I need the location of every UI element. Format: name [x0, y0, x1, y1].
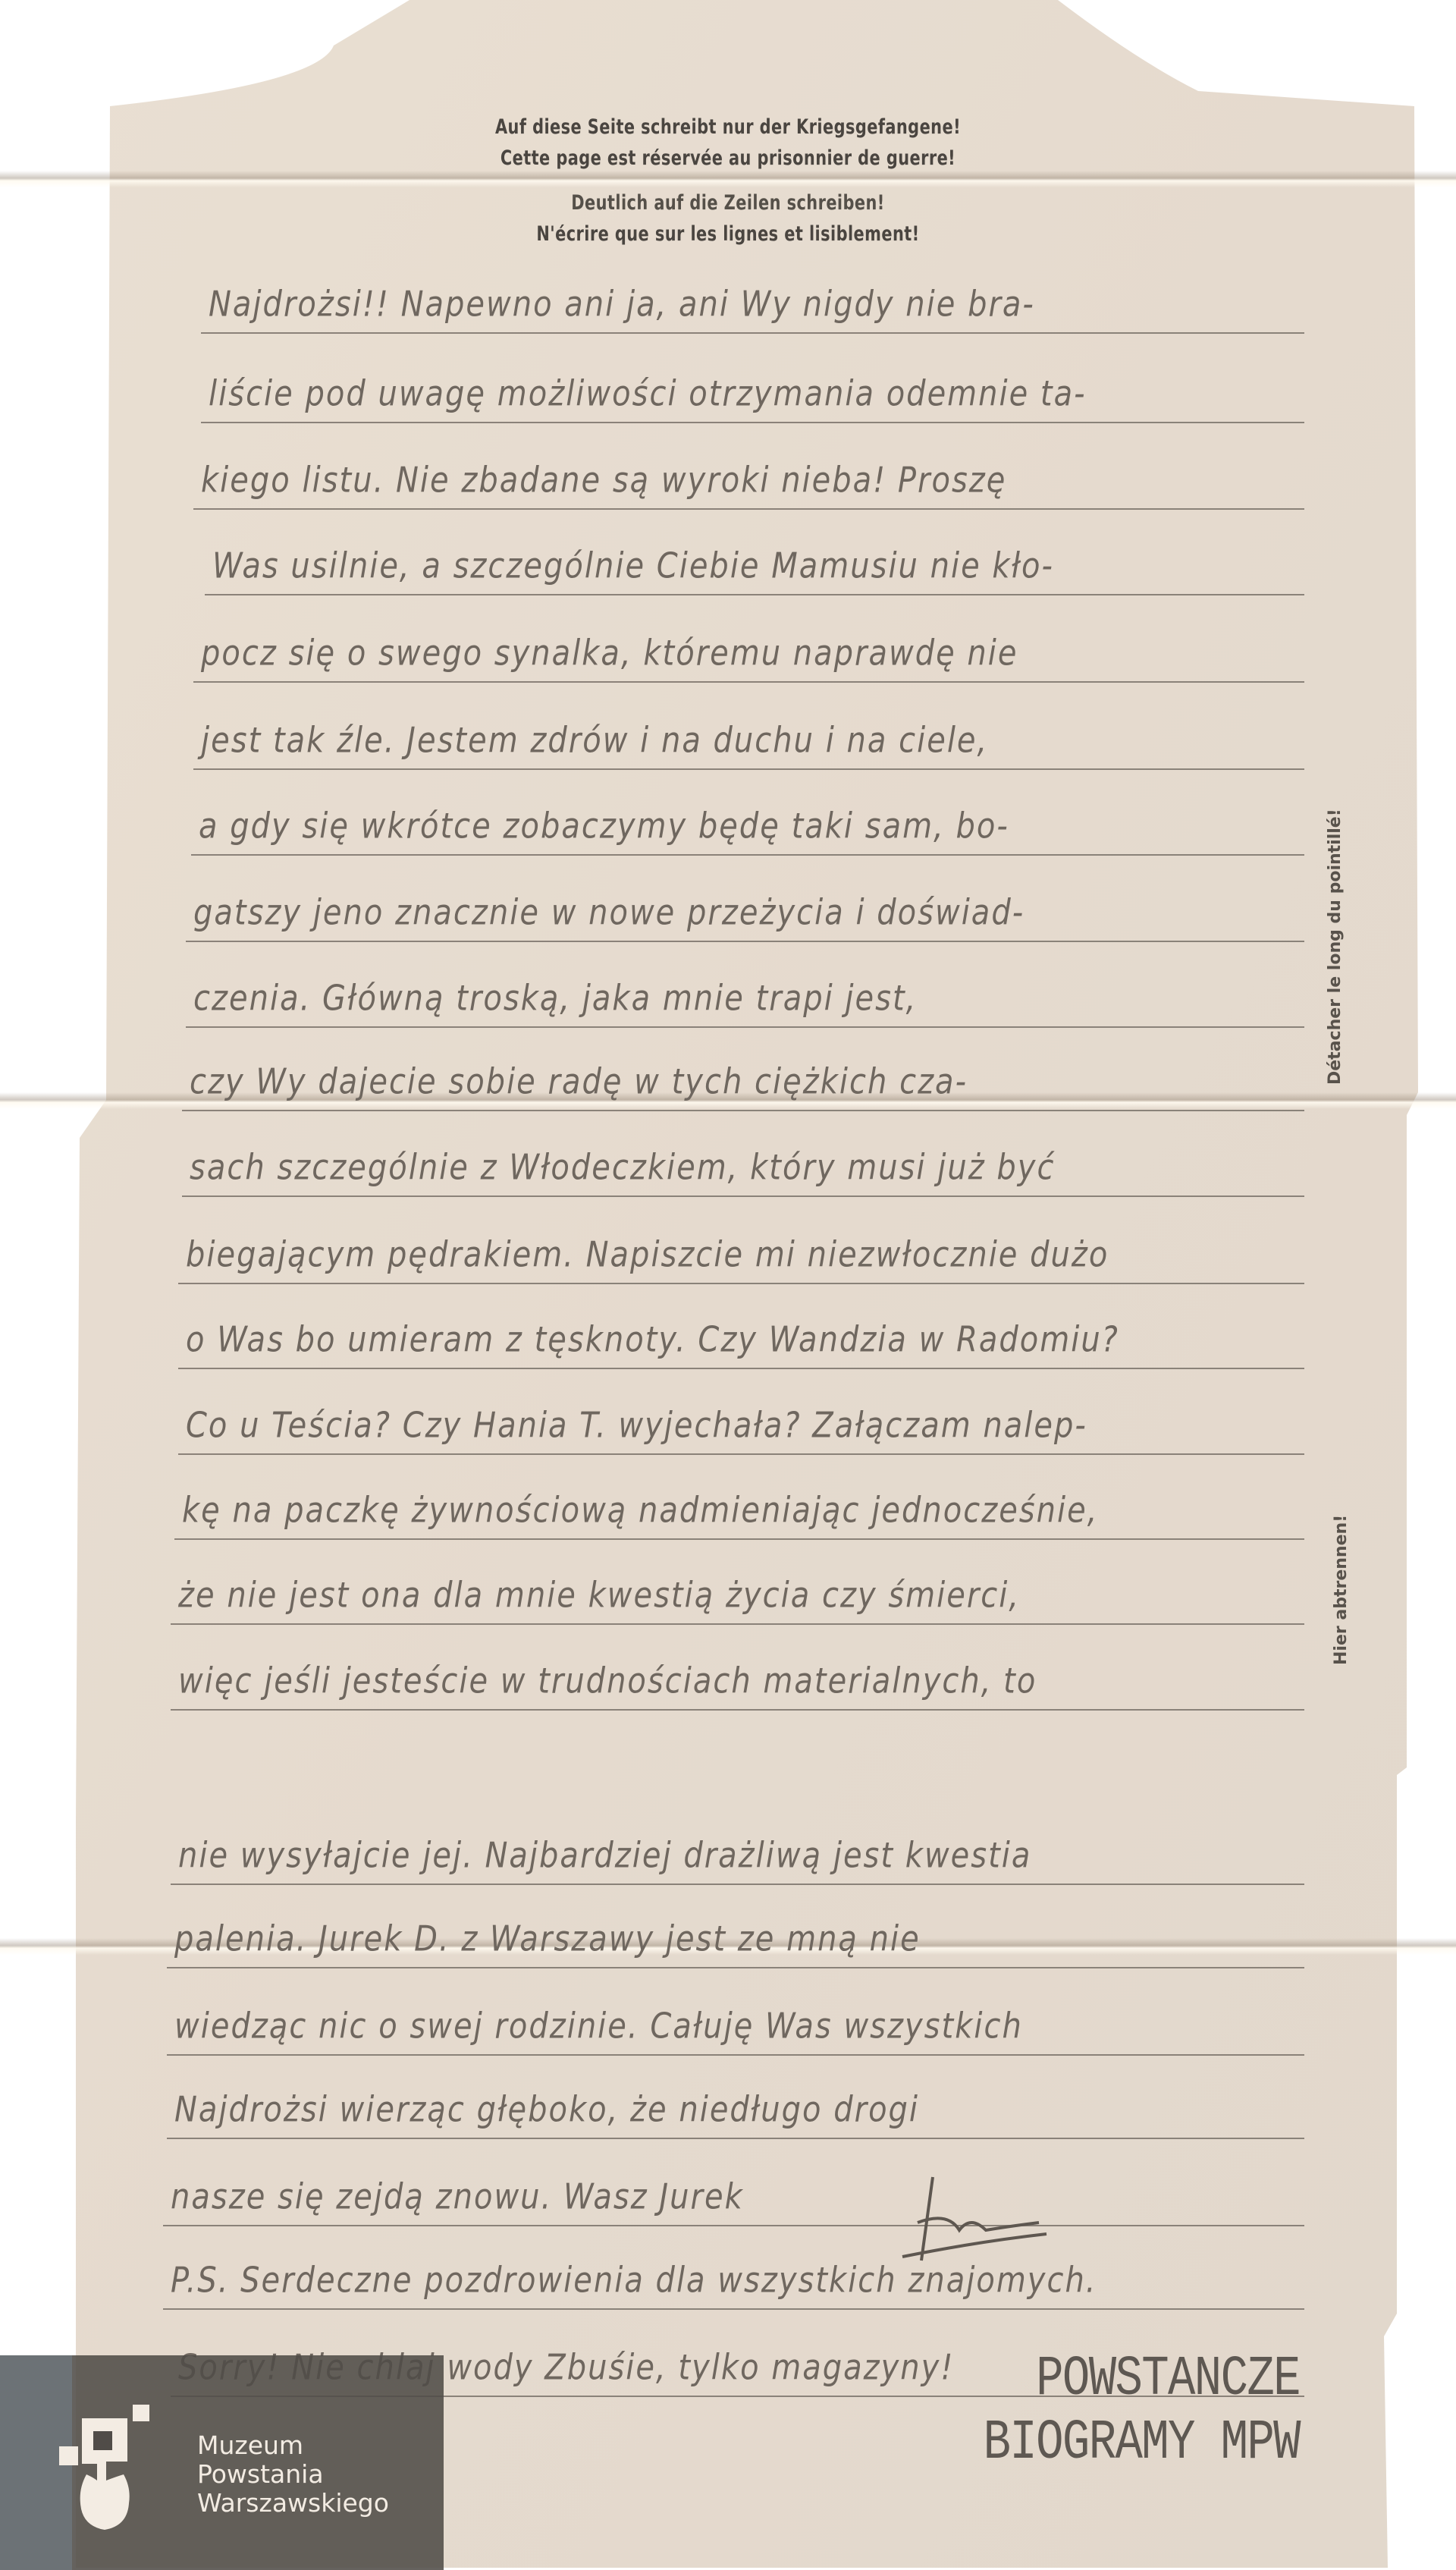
writing-rule [201, 332, 1304, 334]
margin-note-detach: Détacher le long du pointillé! [1326, 809, 1345, 1085]
printed-header-line: Cette page est réservée au prisonnier de… [102, 146, 1354, 170]
handwritten-line: o Was bo umieram z tęsknoty. Czy Wandzia… [186, 1320, 1119, 1360]
writing-rule [186, 1026, 1304, 1028]
printed-header-line: N'écrire que sur les lignes et lisibleme… [102, 222, 1354, 246]
handwritten-line: pocz się o swego synalka, któremu napraw… [201, 633, 1018, 674]
writing-rule [182, 1110, 1304, 1111]
writing-rule [178, 1453, 1304, 1455]
writing-rule [186, 941, 1304, 942]
writing-rule [163, 2308, 1304, 2310]
writing-rule [191, 854, 1304, 856]
handwritten-line: sach szczególnie z Włodeczkiem, który mu… [190, 1148, 1055, 1188]
writing-rule [205, 594, 1304, 595]
watermark-line: POWSTANCZE [984, 2348, 1300, 2411]
handwritten-line: a gdy się wkrótce zobaczymy będę taki sa… [199, 806, 1009, 847]
writing-rule [167, 2138, 1304, 2139]
signature [887, 2169, 1115, 2283]
writing-rule [167, 1967, 1304, 1968]
handwritten-line: czy Wy dajecie sobie radę w tych ciężkic… [190, 1062, 968, 1102]
printed-header-line: Deutlich auf die Zeilen schreiben! [102, 191, 1354, 215]
museum-name-line: Muzeum [197, 2431, 389, 2460]
handwritten-line: Was usilnie, a szczególnie Ciebie Mamusi… [212, 546, 1054, 586]
museum-name-line: Powstania [197, 2460, 389, 2489]
writing-rule [174, 1538, 1304, 1540]
handwritten-line: biegającym pędrakiem. Napiszcie mi niezw… [186, 1235, 1109, 1275]
margin-note-separate: Hier abtrennen! [1332, 1515, 1351, 1665]
handwritten-line: liście pod uwagę możliwości otrzymania o… [209, 374, 1087, 414]
writing-rule [171, 1709, 1304, 1711]
handwritten-line: czenia. Główną troską, jaka mnie trapi j… [193, 979, 917, 1019]
writing-rule [167, 2054, 1304, 2056]
printed-header-line: Auf diese Seite schreibt nur der Kriegsg… [102, 115, 1354, 139]
handwritten-line: wiedząc nic o swej rodzinie. Całuję Was … [174, 2006, 1023, 2047]
museum-name: Muzeum Powstania Warszawskiego [197, 2431, 389, 2518]
handwritten-line: gatszy jeno znacznie w nowe przeżycia i … [193, 893, 1025, 933]
handwritten-line: nie wysyłajcie jej. Najbardziej drażliwą… [178, 1836, 1031, 1876]
writing-rule [178, 1368, 1304, 1369]
handwritten-line: nasze się zejdą znowu. Wasz Jurek [171, 2177, 744, 2217]
writing-rule [163, 2225, 1304, 2226]
writing-rule [171, 1623, 1304, 1625]
museum-name-line: Warszawskiego [197, 2489, 389, 2518]
writing-rule [171, 1884, 1304, 1885]
kotwica-anchor-icon [59, 2405, 150, 2534]
handwritten-line: Co u Teścia? Czy Hania T. wyjechała? Zał… [186, 1406, 1087, 1446]
handwritten-line: palenia. Jurek D. z Warszawy jest ze mną… [174, 1919, 921, 1959]
handwritten-line: więc jeśli jesteście w trudnościach mate… [178, 1661, 1037, 1701]
handwritten-line: kiego listu. Nie zbadane są wyroki nieba… [201, 460, 1006, 501]
paper-fold [0, 171, 1456, 187]
handwritten-line: że nie jest ona dla mnie kwestią życia c… [178, 1576, 1020, 1616]
writing-rule [178, 1283, 1304, 1284]
watermark: POWSTANCZE BIOGRAMY MPW [914, 2348, 1300, 2475]
watermark-line: BIOGRAMY MPW [984, 2411, 1300, 2475]
handwritten-line: Najdrożsi wierząc głęboko, że niedługo d… [174, 2090, 919, 2130]
writing-rule [201, 422, 1304, 423]
handwritten-line: jest tak źle. Jestem zdrów i na duchu i … [201, 721, 988, 761]
handwritten-line: Najdrożsi!! Napewno ani ja, ani Wy nigdy… [209, 284, 1035, 325]
writing-rule [193, 508, 1304, 510]
writing-rule [182, 1195, 1304, 1197]
writing-rule [193, 681, 1304, 683]
writing-rule [193, 768, 1304, 770]
handwritten-line: kę na paczkę żywnościową nadmieniając je… [182, 1491, 1098, 1531]
